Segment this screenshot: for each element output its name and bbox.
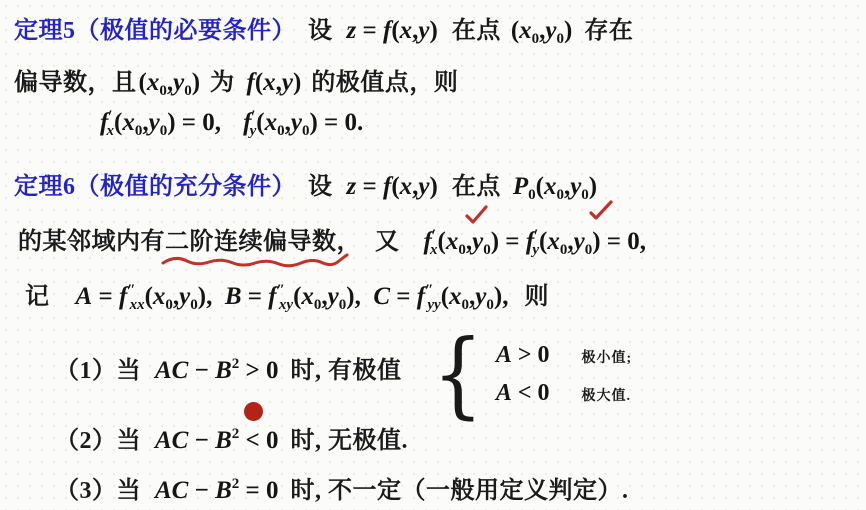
theorem6-she: 设 xyxy=(308,166,333,201)
theorem6-underlined-phrase: 二阶连续偏导数 xyxy=(165,221,337,256)
case3-line: （3）当 AC − B2 = 0 时, 不一定（一般用定义判定）. xyxy=(55,470,629,505)
formula-z-eq-fxy: z = f(x,y) xyxy=(347,17,438,45)
case3-post: 时, 不一定（一般用定义判定）. xyxy=(291,470,629,505)
case2-post: 时, 无极值. xyxy=(291,420,409,455)
theorem6-line2-comma: ， xyxy=(337,221,362,256)
case1-row-max: A < 0 极大值. xyxy=(496,380,632,407)
formula-point-x0y0: (x0,y0) xyxy=(511,17,573,48)
laser-pointer-dot-icon xyxy=(244,402,263,421)
formula-z-eq-fxy: z = f(x,y) xyxy=(347,173,438,201)
theorem5-line2: 偏导数，且 (x0,y0) 为 f(x,y) 的极值点，则 xyxy=(14,62,458,100)
lecture-slide: 定理5（极值的必要条件） 设 z = f(x,y) 在点 (x0,y0) 存在 … xyxy=(0,0,866,510)
theorem5-zaidian: 在点 xyxy=(452,10,501,45)
theorem5-equations: f′x(x0,y0) = 0, f′y(x0,y0) = 0. xyxy=(100,108,363,140)
theorem6-abc-line: 记 A = f″xx(x0,y0), B = f″xy(x0,y0), C = … xyxy=(25,276,549,314)
formula-acb2-eq0: AC − B2 = 0 xyxy=(155,476,279,505)
formula-point-x0y0: (x0,y0) xyxy=(139,69,201,100)
formula-partials-zero: f′x(x0,y0) = f′y(x0,y0) = 0, xyxy=(424,227,647,259)
case1-post: 时, 有极值 xyxy=(291,350,402,385)
case1-rows: A > 0 极小值; A < 0 极大值. xyxy=(496,342,632,407)
theorem6-line1: 定理6（极值的充分条件） 设 z = f(x,y) 在点 P0(x0,y0) xyxy=(14,166,597,204)
theorem5-line1: 定理5（极值的必要条件） 设 z = f(x,y) 在点 (x0,y0) 存在 xyxy=(14,10,633,48)
formula-a-lt0: A < 0 xyxy=(496,380,550,407)
formula-fx-zero: f′x(x0,y0) = 0, xyxy=(100,108,221,140)
theorem6-you: 又 xyxy=(375,221,400,256)
max-value-label: 极大值. xyxy=(582,385,632,405)
case1-line: （1）当 AC − B2 > 0 时, 有极值 xyxy=(55,350,402,385)
theorem5-cunzai: 存在 xyxy=(584,10,633,45)
left-brace-glyph: { xyxy=(432,338,483,411)
formula-fxy: f(x,y) xyxy=(247,69,302,97)
formula-acb2-lt0: AC − B2 < 0 xyxy=(155,426,279,455)
red-wavy-underline-icon xyxy=(160,252,350,270)
theorem5-line2-pre: 偏导数，且 xyxy=(14,62,137,97)
case2-pre: （2）当 xyxy=(55,420,141,455)
theorem5-wei: 为 xyxy=(210,62,235,97)
min-value-label: 极小值; xyxy=(582,347,633,367)
red-checkmark-icon xyxy=(588,200,614,222)
formula-abc-definitions: A = f″xx(x0,y0), B = f″xy(x0,y0), C = f″… xyxy=(76,282,509,314)
theorem6-zaidian: 在点 xyxy=(452,166,501,201)
red-checkmark-icon xyxy=(464,204,490,226)
theorem6-ze: 则 xyxy=(524,276,549,311)
formula-a-gt0: A > 0 xyxy=(496,342,550,369)
theorem6-ji: 记 xyxy=(25,276,50,311)
formula-fy-zero: f′y(x0,y0) = 0. xyxy=(243,108,363,140)
theorem6-heading: 定理6（极值的充分条件） xyxy=(14,166,296,201)
case2-line: （2）当 AC − B2 < 0 时, 无极值. xyxy=(55,420,408,455)
theorem5-heading: 定理5（极值的必要条件） xyxy=(14,10,296,45)
case3-pre: （3）当 xyxy=(55,470,141,505)
theorem6-line2-pre: 的某邻域内有 xyxy=(18,221,165,256)
theorem6-line2: 的某邻域内有 二阶连续偏导数 ， 又 f′x(x0,y0) = f′y(x0,y… xyxy=(18,221,646,259)
formula-acb2-gt0: AC − B2 > 0 xyxy=(155,356,279,385)
theorem5-line2-post: 的极值点，则 xyxy=(311,62,458,97)
case1-brace-block: { A > 0 极小值; A < 0 极大值. xyxy=(428,338,632,411)
case1-row-min: A > 0 极小值; xyxy=(496,342,632,369)
formula-p0-x0y0: P0(x0,y0) xyxy=(513,173,597,204)
theorem5-she: 设 xyxy=(308,10,333,45)
case1-pre: （1）当 xyxy=(55,350,141,385)
